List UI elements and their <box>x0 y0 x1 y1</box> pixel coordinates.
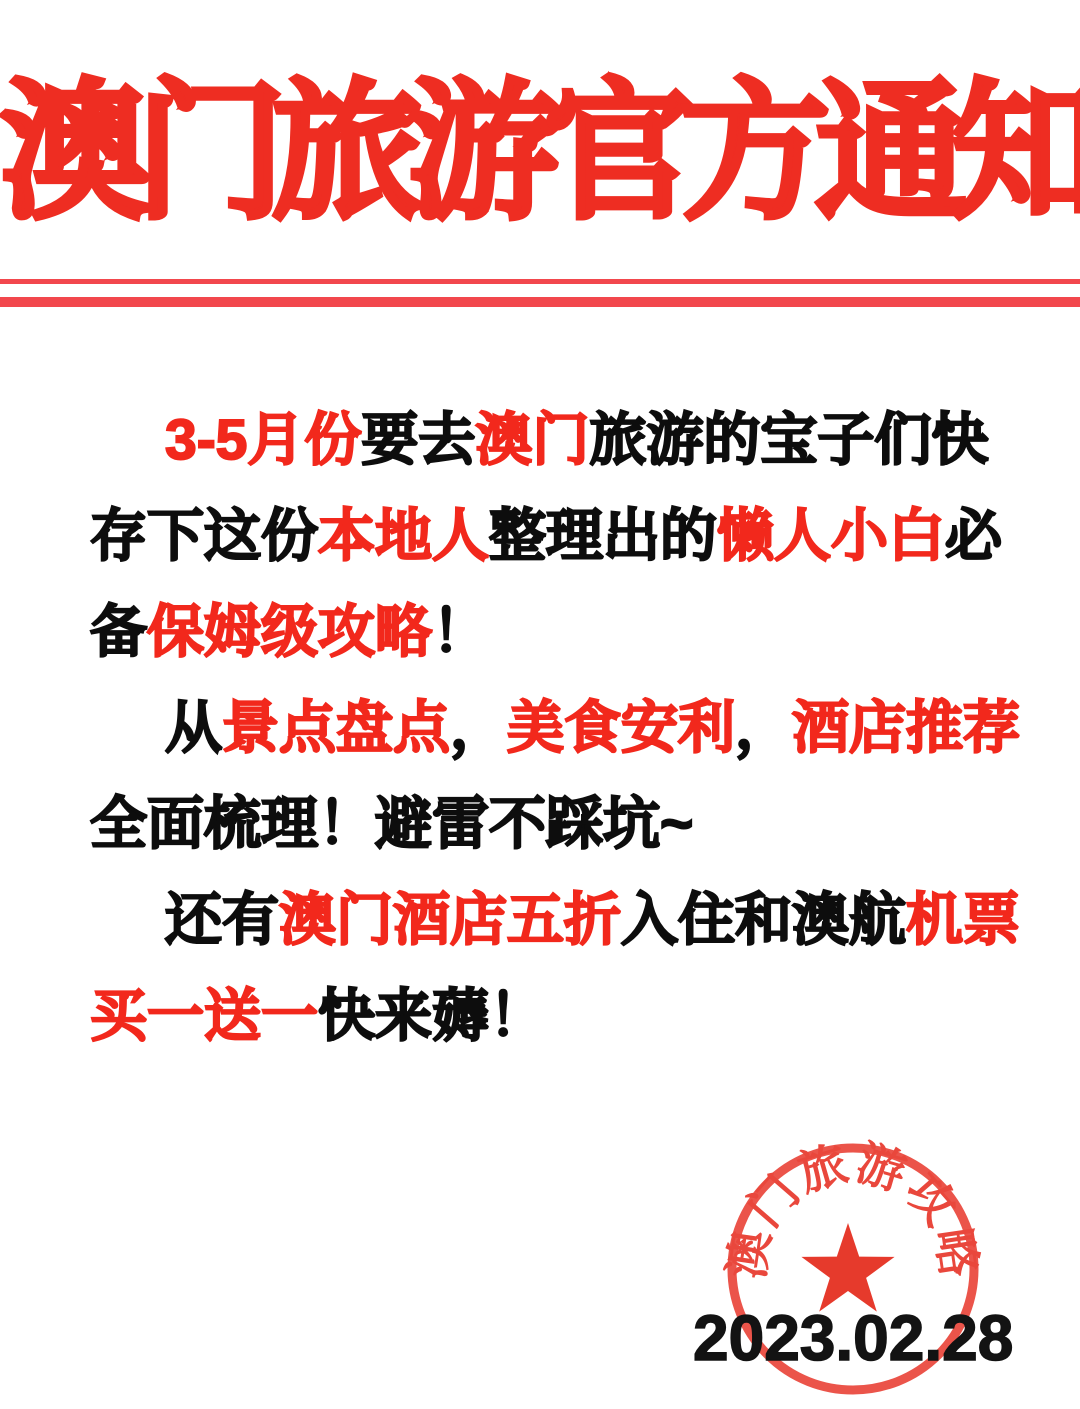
text-run: 必 <box>945 504 1002 568</box>
page-title: 澳门旅游官方通知 <box>0 72 1080 232</box>
text-line: 从景点盘点，美食安利，酒店推荐 <box>90 680 980 776</box>
date-text: 2023.02.28 <box>693 1306 1013 1370</box>
text-run: 还有 <box>165 888 279 952</box>
text-run: 备 <box>90 600 147 664</box>
text-run: 要去 <box>361 408 475 472</box>
text-run: ， <box>450 696 507 760</box>
text-run: 从 <box>165 696 222 760</box>
divider-line-thin <box>0 279 1080 284</box>
text-run: 懒人小白 <box>717 504 945 568</box>
text-run: 澳门 <box>475 408 589 472</box>
text-run: 本地人 <box>318 504 489 568</box>
text-line: 备保姆级攻略！ <box>90 584 980 680</box>
text-run: 全面梳理！避雷不踩坑~ <box>90 792 693 856</box>
text-line: 存下这份本地人整理出的懒人小白必 <box>90 488 980 584</box>
text-run: 酒店推荐 <box>792 696 1020 760</box>
text-run: 美食安利 <box>507 696 735 760</box>
text-line: 全面梳理！避雷不踩坑~ <box>90 776 980 872</box>
notice-text: 3-5月份要去澳门旅游的宝子们快存下这份本地人整理出的懒人小白必备保姆级攻略！从… <box>90 392 980 1064</box>
text-run: 澳门酒店五折 <box>279 888 621 952</box>
text-run: 保姆级攻略 <box>147 600 432 664</box>
text-run: 买一送一 <box>90 984 318 1048</box>
text-line: 还有澳门酒店五折入住和澳航机票 <box>90 872 980 968</box>
text-line: 3-5月份要去澳门旅游的宝子们快 <box>90 392 980 488</box>
text-run: 景点盘点 <box>222 696 450 760</box>
text-run: ， <box>735 696 792 760</box>
divider-line-thick <box>0 297 1080 307</box>
text-run: ！ <box>432 600 489 664</box>
text-run: 机票 <box>906 888 1020 952</box>
text-run: 整理出的 <box>489 504 717 568</box>
text-run: 存下这份 <box>90 504 318 568</box>
text-run: 入住和澳航 <box>621 888 906 952</box>
text-run: 快来薅！ <box>318 984 546 1048</box>
text-line: 买一送一快来薅！ <box>90 968 980 1064</box>
text-run: 旅游的宝子们快 <box>589 408 988 472</box>
text-run: 3-5月份 <box>165 408 361 472</box>
notice-poster: 澳门旅游官方通知 3-5月份要去澳门旅游的宝子们快存下这份本地人整理出的懒人小白… <box>0 0 1080 1409</box>
star-icon <box>801 1223 894 1312</box>
